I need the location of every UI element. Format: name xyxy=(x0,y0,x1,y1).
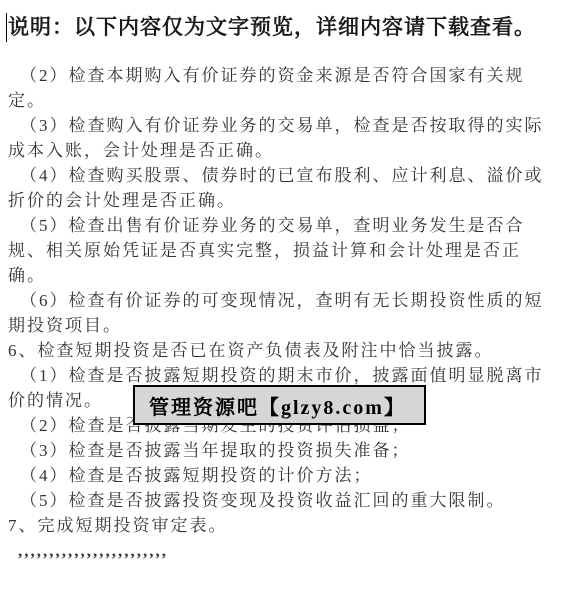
text-line: （2）检查本期购入有价证券的资金来源是否符合国家有关规 xyxy=(0,63,578,88)
document-body: （2）检查本期购入有价证券的资金来源是否符合国家有关规定。（3）检查购入有价证券… xyxy=(0,63,578,563)
text-line: （5）检查出售有价证券业务的交易单，查明业务发生是否合 xyxy=(0,213,578,238)
document-preview-page: 说明：以下内容仅为文字预览，详细内容请下载查看。 （2）检查本期购入有价证券的资… xyxy=(0,0,578,600)
text-line: 定。 xyxy=(0,88,578,113)
watermark-box[interactable]: 管理资源吧【glzy8.com】 xyxy=(133,385,426,425)
text-line: 期投资项目。 xyxy=(0,313,578,338)
text-line: （5）检查是否披露投资变现及投资收益汇回的重大限制。 xyxy=(0,488,578,513)
text-line: 确。 xyxy=(0,263,578,288)
text-line: 折价的会计处理是否正确。 xyxy=(0,188,578,213)
text-line: 6、检查短期投资是否已在资产负债表及附注中恰当披露。 xyxy=(0,338,578,363)
text-line: （6）检查有价证券的可变现情况，查明有无长期投资性质的短 xyxy=(0,288,578,313)
text-line: （3）检查是否披露当年提取的投资损失准备； xyxy=(0,438,578,463)
preview-notice-heading: 说明：以下内容仅为文字预览，详细内容请下载查看。 xyxy=(8,11,536,41)
text-line: （4）检查购买股票、债券时的已宣布股利、应计利息、溢价或 xyxy=(0,163,578,188)
text-line: 成本入账，会计处理是否正确。 xyxy=(0,138,578,163)
watermark-text: 管理资源吧【glzy8.com】 xyxy=(149,391,406,420)
dotted-line: ,,,,,,,,,,,,,,,,,,,,,,,, xyxy=(0,538,578,563)
text-cursor xyxy=(6,13,7,42)
text-line: （4）检查是否披露短期投资的计价方法； xyxy=(0,463,578,488)
text-line: 7、完成短期投资审定表。 xyxy=(0,513,578,538)
text-line: 规、相关原始凭证是否真实完整，损益计算和会计处理是否正 xyxy=(0,238,578,263)
text-line: （3）检查购入有价证券业务的交易单，检查是否按取得的实际 xyxy=(0,113,578,138)
